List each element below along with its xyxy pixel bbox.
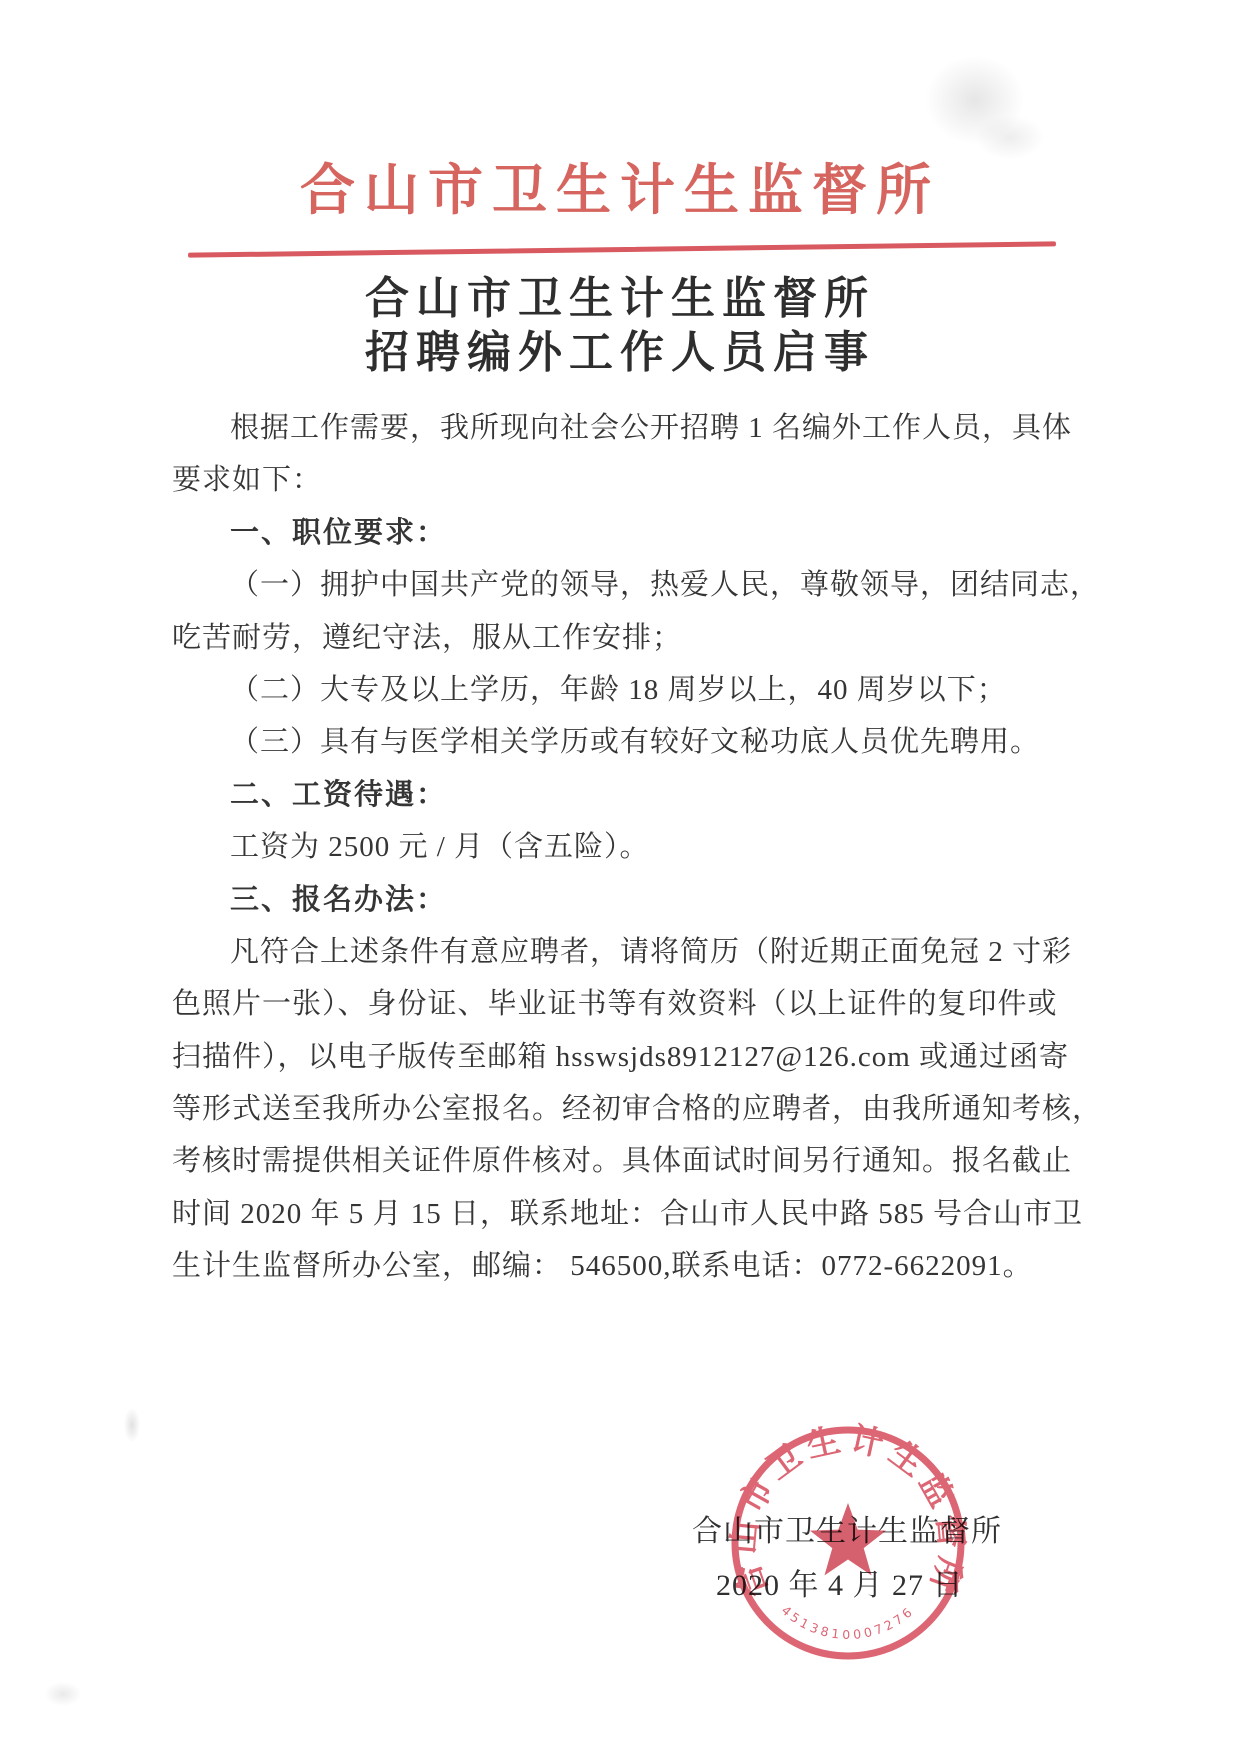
- official-seal: 合山市卫生计生监督所 4513810007276: [723, 1418, 973, 1668]
- section-heading: 三、报名办法：: [172, 874, 1068, 926]
- seal-serial-number: 4513810007276: [779, 1603, 918, 1642]
- scan-smudge: [925, 55, 1025, 145]
- body-line: 凡符合上述条件有意应聘者，请将简历（附近期正面免冠 2 寸彩: [172, 926, 1068, 978]
- body-line: （三）具有与医学相关学历或有较好文秘功底人员优先聘用。: [172, 716, 1068, 768]
- body-line: 吃苦耐劳，遵纪守法，服从工作安排；: [172, 612, 1068, 664]
- letterhead-rule: [188, 241, 1056, 257]
- body-line: （一）拥护中国共产党的领导，热爱人民，尊敬领导，团结同志，: [172, 559, 1068, 611]
- seal-star: [810, 1503, 886, 1575]
- doc-title-line2: 招聘编外工作人员启事: [0, 316, 1240, 380]
- body-line: 工资为 2500 元 / 月（含五险）。: [172, 821, 1068, 873]
- body-line: 时间 2020 年 5 月 15 日，联系地址：合山市人民中路 585 号合山市…: [172, 1188, 1068, 1240]
- scan-smudge: [124, 1408, 140, 1442]
- body-line: 等形式送至我所办公室报名。经初审合格的应聘者，由我所通知考核，: [172, 1083, 1068, 1135]
- body-line: 生计生监督所办公室，邮编： 546500,联系电话：0772-6622091。: [172, 1240, 1068, 1292]
- body-line: 色照片一张）、身份证、毕业证书等有效资料（以上证件的复印件或: [172, 978, 1068, 1030]
- document-page: 合山市卫生计生监督所 合山市卫生计生监督所 招聘编外工作人员启事 根据工作需要，…: [0, 0, 1240, 1753]
- body-line: （二）大专及以上学历，年龄 18 周岁以上，40 周岁以下；: [172, 664, 1068, 716]
- doc-body: 根据工作需要，我所现向社会公开招聘 1 名编外工作人员，具体 要求如下： 一、职…: [172, 402, 1068, 1293]
- section-heading: 二、工资待遇：: [172, 769, 1068, 821]
- body-line: 考核时需提供相关证件原件核对。具体面试时间另行通知。报名截止: [172, 1135, 1068, 1187]
- section-heading: 一、职位要求：: [172, 507, 1068, 559]
- scan-smudge: [45, 1682, 81, 1706]
- body-line: 根据工作需要，我所现向社会公开招聘 1 名编外工作人员，具体: [172, 402, 1068, 454]
- body-line: 要求如下：: [172, 454, 1068, 506]
- letterhead-title: 合山市卫生计生监督所: [0, 146, 1240, 225]
- body-line: 扫描件），以电子版传至邮箱 hsswsjds8912127@126.com 或通…: [172, 1031, 1068, 1083]
